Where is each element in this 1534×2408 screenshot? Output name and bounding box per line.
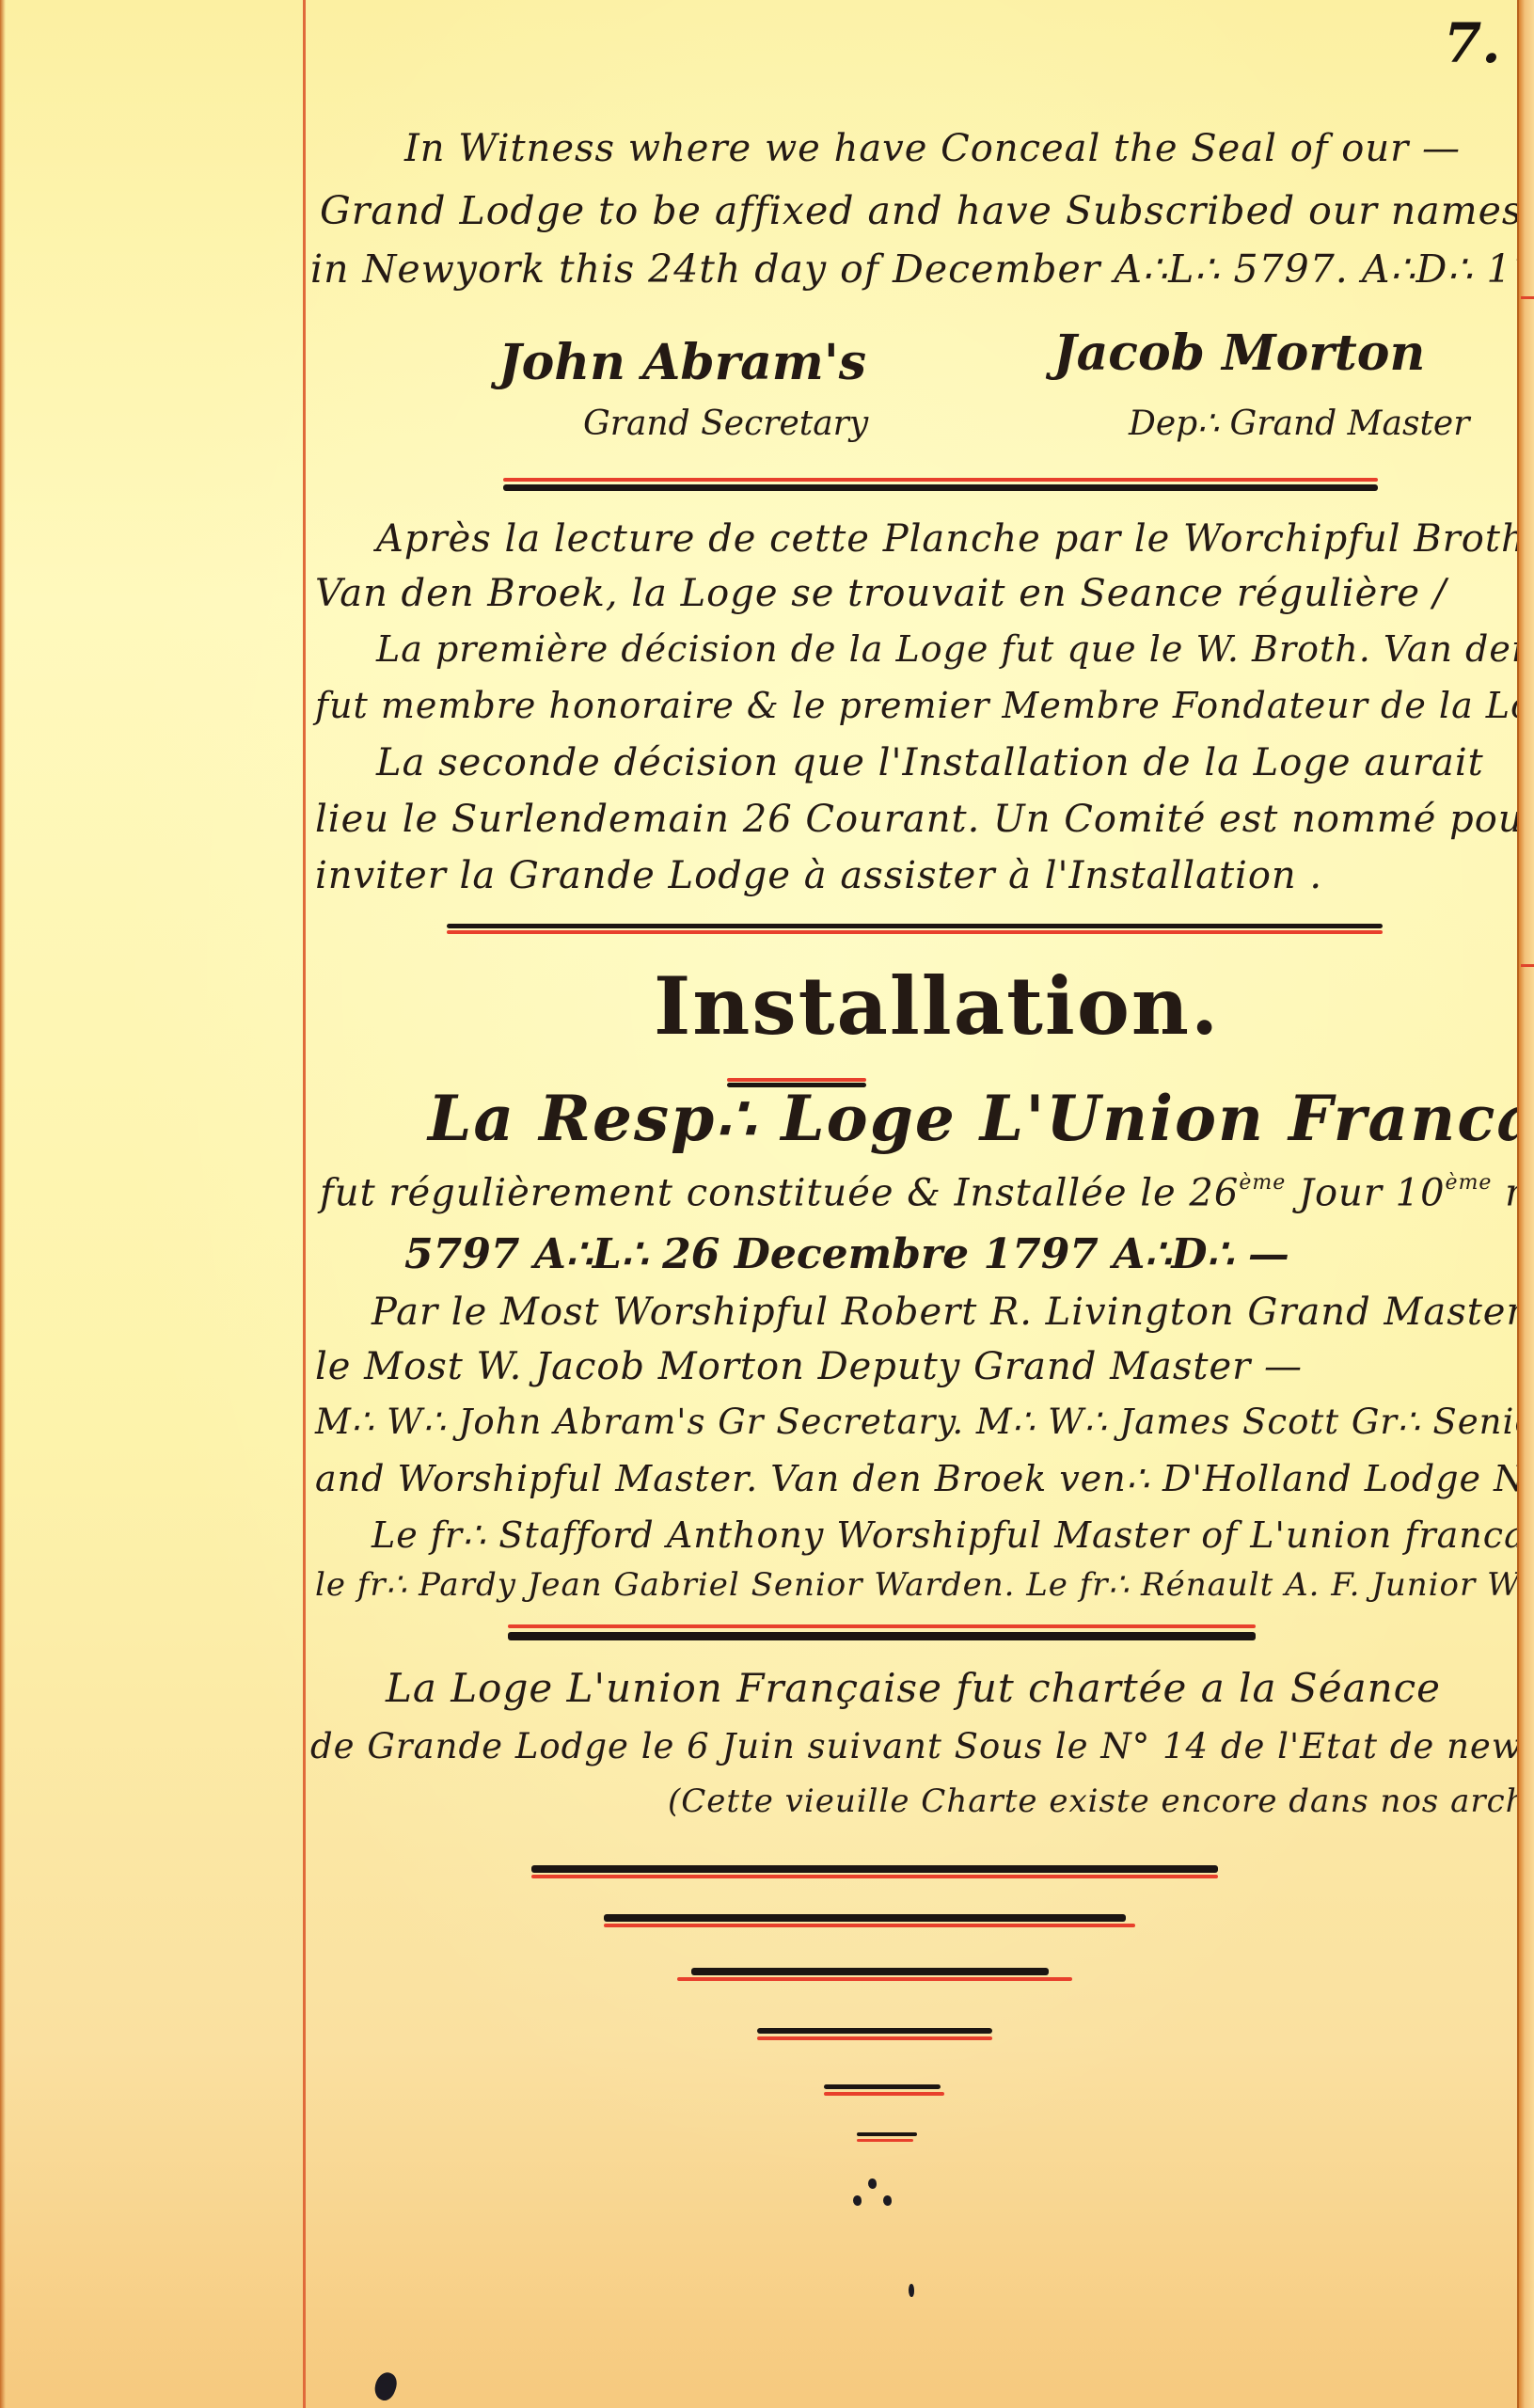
officer-line-6: le fr∴ Pardy Jean Gabriel Senior Warden.… [315, 1566, 1534, 1604]
ink-blot [372, 2369, 401, 2403]
section-divider-1 [503, 478, 1378, 493]
attestation-line-1: In Witness where we have Conceal the Sea… [404, 127, 1461, 170]
officer-line-4: and Worshipful Master. Van den Broek ven… [315, 1458, 1534, 1499]
attestation-line-3: in Newyork this 24th day of December A∴L… [310, 246, 1534, 292]
officer-line-3: M∴ W∴ John Abram's Gr Secretary. M∴ W∴ J… [315, 1402, 1534, 1442]
closing-rule-3 [677, 1968, 1072, 1985]
ink-speck [909, 2284, 914, 2297]
officer-line-2: le Most W. Jacob Morton Deputy Grand Mas… [315, 1345, 1303, 1388]
ornament-dot-right [883, 2195, 892, 2206]
section-divider-3 [508, 1624, 1256, 1641]
minutes-line-5: La seconde décision que l'Installation d… [376, 741, 1484, 784]
installation-title: Installation. [654, 959, 1220, 1053]
page-number: 7. [1444, 11, 1501, 75]
officer-line-1: Par le Most Worshipful Robert R. Livingt… [372, 1291, 1526, 1334]
closing-rule-5 [824, 2084, 944, 2098]
section-divider-2 [447, 924, 1383, 937]
minutes-line-1: Après la lecture de cette Planche par le… [376, 517, 1534, 561]
ornament-dot-left [853, 2195, 862, 2206]
officer-line-5: Le fr∴ Stafford Anthony Worshipful Maste… [372, 1514, 1534, 1556]
constituted-sup-b: ème [1446, 1171, 1493, 1195]
minutes-line-2: Van den Broek, la Loge se trouvait en Se… [315, 572, 1447, 615]
ledger-page: 7. In Witness where we have Conceal the … [0, 0, 1519, 2408]
constituted-text-b: Jour 10 [1286, 1172, 1445, 1215]
adjacent-page-edge [1517, 0, 1534, 2408]
attestation-line-2: Grand Lodge to be affixed and have Subsc… [320, 188, 1523, 233]
closing-rule-4 [757, 2028, 992, 2043]
constituted-text-a: fut régulièrement constituée & Installée… [320, 1172, 1239, 1215]
lodge-heading: La Resp∴ Loge L'Union Francaise, [428, 1082, 1534, 1155]
constituted-line: fut régulièrement constituée & Installée… [320, 1171, 1534, 1215]
charter-line-3: (Cette vieuille Charte existe encore dan… [668, 1782, 1534, 1820]
minutes-line-6: lieu le Surlendemain 26 Courant. Un Comi… [315, 798, 1534, 841]
closing-rule-2 [604, 1914, 1135, 1931]
charter-line-2: de Grande Lodge le 6 Juin suivant Sous l… [310, 1726, 1534, 1766]
closing-rule-1 [531, 1865, 1218, 1882]
constituted-sup-a: ème [1239, 1171, 1286, 1195]
red-margin-rule [303, 0, 306, 2408]
minutes-line-4: fut membre honoraire & le premier Membre… [315, 685, 1534, 726]
signature-role-secretary: Grand Secretary [583, 404, 868, 443]
minutes-line-7: inviter la Grande Lodge à assister à l'I… [315, 854, 1322, 897]
charter-line-1: La Loge L'union Française fut chartée a … [386, 1665, 1441, 1711]
page-binding-edge [0, 0, 6, 2408]
closing-rule-6 [857, 2132, 917, 2144]
signature-name-deputy: Jacob Morton [1053, 325, 1425, 382]
installation-date-line: 5797 A∴L∴ 26 Decembre 1797 A∴D∴ — [404, 1230, 1289, 1278]
signature-role-deputy: Dep∴ Grand Master [1129, 404, 1469, 443]
ornament-dot-top [868, 2178, 877, 2189]
signature-name-secretary: John Abram's [498, 334, 866, 391]
minutes-line-3: La première décision de la Loge fut que … [376, 628, 1534, 670]
